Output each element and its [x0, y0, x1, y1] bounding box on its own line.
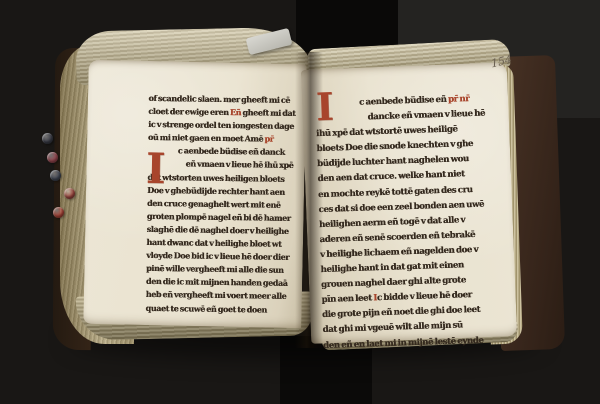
fore-edge-tab-marker — [50, 170, 61, 181]
fore-edge-tab-marker — [53, 207, 64, 218]
fore-edge-tab-marker — [42, 133, 53, 144]
left-page-text: of scandelic slaen. mer gheeft mi cēcloe… — [145, 92, 304, 317]
right-drop-cap-initial: I — [315, 88, 334, 127]
fore-edge-tab-marker — [47, 152, 58, 163]
manuscript-text-line: oū mi niet gaen en moet Amē pr̄ — [148, 131, 304, 146]
manuscript-photo: of scandelic slaen. mer gheeft mi cēcloe… — [0, 0, 600, 404]
rubricated-text: pr̄ nr̄ — [448, 94, 470, 105]
right-page-text: c aenbede büdise eñ pr̄ nr̄dancke eñ vma… — [315, 91, 511, 354]
fore-edge-tab-marker — [64, 188, 75, 199]
rubricated-text: pr̄ — [264, 134, 273, 144]
manuscript-text-line: quaet te scuwē eñ goet te doen — [145, 301, 301, 316]
rubricated-text: Eñ — [230, 107, 241, 117]
left-drop-cap-initial: I — [146, 148, 166, 190]
